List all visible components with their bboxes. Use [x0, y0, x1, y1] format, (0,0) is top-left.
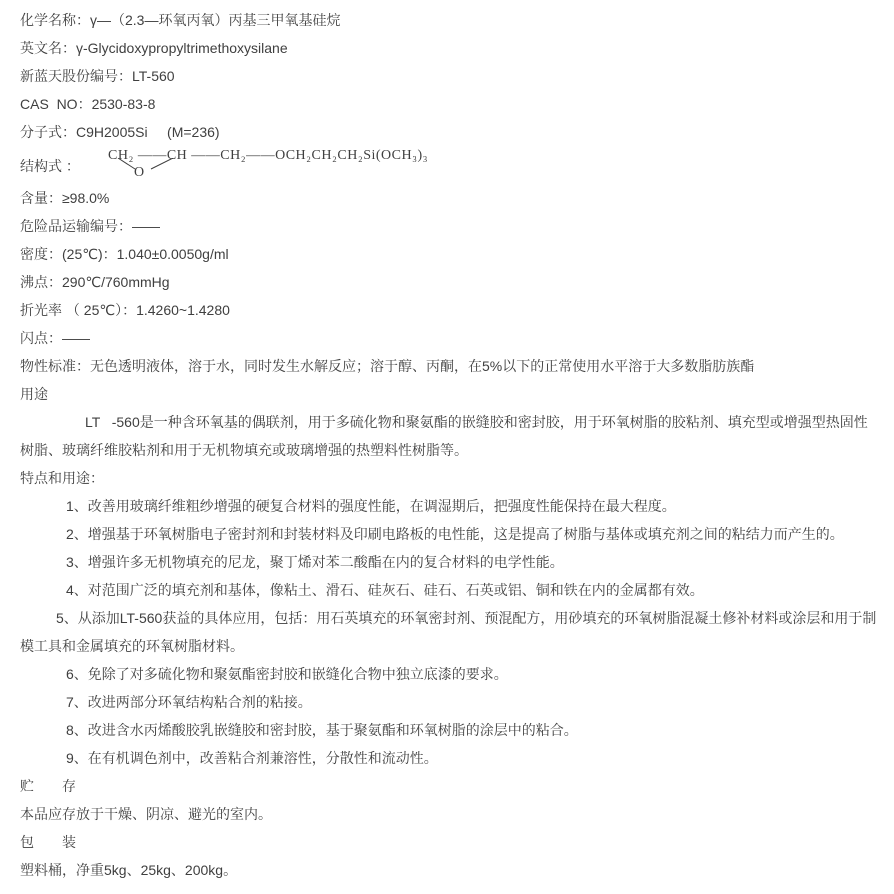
feature-item-9: 9、在有机调色剂中，改善粘合剂兼溶性，分散性和流动性。 — [20, 744, 880, 772]
feature-item-4: 4、对范围广泛的填充剂和基体，像粘土、滑石、硅灰石、硅石、石英或铝、铜和铁在内的… — [20, 576, 880, 604]
structural-formula-label: 结构式 ： — [20, 152, 80, 180]
feature-item-6: 6、免除了对多硫化物和聚氨酯密封胶和嵌缝化合物中独立底漆的要求。 — [20, 660, 880, 688]
epoxide-oxygen-atom: O — [134, 166, 144, 180]
feature-item-8: 8、改进含水丙烯酸胶乳嵌缝胶和密封胶，基于聚氨酯和环氧树脂的涂层中的粘合。 — [20, 716, 880, 744]
feature-item-1: 1、改善用玻璃纤维粗纱增强的硬复合材料的强度性能，在调湿期后，把强度性能保持在最… — [20, 492, 880, 520]
feature-item-7: 7、改进两部分环氧结构粘合剂的粘接。 — [20, 688, 880, 716]
epoxide-ring-bonds-icon — [115, 158, 177, 170]
content-purity-line: 含量：≥98.0% — [20, 184, 880, 212]
english-name-line: 英文名：γ-Glycidoxypropyltrimethoxysilane — [20, 34, 880, 62]
packing-detail-line: 塑料桶，净重5kg、25kg、200kg。 — [20, 856, 880, 884]
boiling-point-line: 沸点：290℃/760mmHg — [20, 268, 880, 296]
chemical-name-line: 化学名称：γ—（2.3—环氧丙氧）丙基三甲氧基硅烷 — [20, 6, 880, 34]
company-code-line: 新蓝天股份编号：LT-560 — [20, 62, 880, 90]
transport-number-line: 危险品运输编号：—— — [20, 212, 880, 240]
chemical-datasheet: 化学名称：γ—（2.3—环氧丙氧）丙基三甲氧基硅烷 英文名：γ-Glycidox… — [0, 0, 894, 894]
density-line: 密度：(25℃)：1.040±0.0050g/ml — [20, 240, 880, 268]
structural-formula-line: 结构式 ： CH₂ ——CH ——CH₂——OCH₂CH₂CH₂Si(OCH₃)… — [20, 146, 880, 184]
refractive-index-line: 折光率 （ 25℃）：1.4260~1.4280 — [20, 296, 880, 324]
structural-formula-diagram: CH₂ ——CH ——CH₂——OCH₂CH₂CH₂Si(OCH₃)₃ O — [108, 142, 408, 184]
usage-heading: 用途 — [20, 380, 880, 408]
storage-heading: 贮 存 — [20, 772, 880, 800]
flash-point-line: 闪点：—— — [20, 324, 880, 352]
cas-number-line: CAS NO：2530-83-8 — [20, 90, 880, 118]
feature-item-2: 2、增强基于环氧树脂电子密封剂和封装材料及印刷电路板的电性能，这是提高了树脂与基… — [20, 520, 880, 548]
usage-paragraph: LT -560是一种含环氧基的偶联剂，用于多硫化物和聚氨酯的嵌缝胶和密封胶，用于… — [20, 408, 880, 464]
physical-property-line: 物性标准：无色透明液体，溶于水，同时发生水解反应；溶于醇、丙酮，在5%以下的正常… — [20, 352, 880, 380]
storage-instruction-line: 本品应存放于干燥、阴凉、避光的室内。 — [20, 800, 880, 828]
feature-item-3: 3、增强许多无机物填充的尼龙，聚丁烯对苯二酸酯在内的复合材料的电学性能。 — [20, 548, 880, 576]
packing-heading: 包 装 — [20, 828, 880, 856]
features-heading: 特点和用途： — [20, 464, 880, 492]
feature-item-5: 5、从添加LT-560获益的具体应用，包括：用石英填充的环氧密封剂、预混配方，用… — [20, 604, 880, 660]
